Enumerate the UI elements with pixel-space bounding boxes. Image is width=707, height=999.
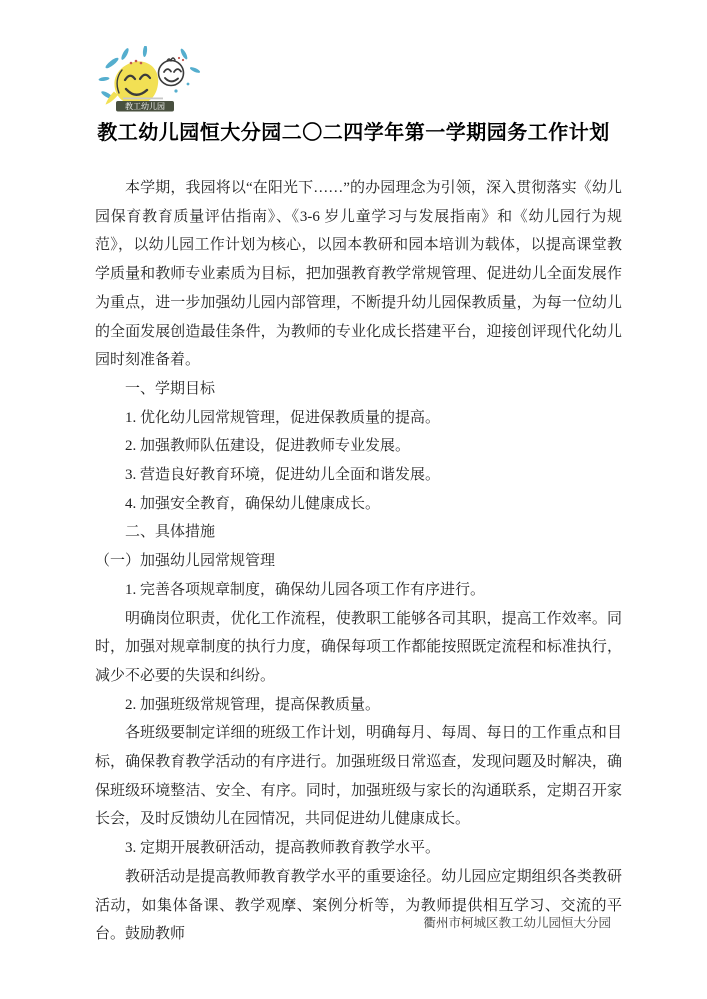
kindergarten-logo: 教工幼儿园 <box>98 46 203 114</box>
goal-item-3: 3. 营造良好教育环境，促进幼儿全面和谐发展。 <box>95 461 622 490</box>
paragraph-intro: 本学期，我园将以“在阳光下……”的办园理念为引领，深入贯彻落实《幼儿园保育教育质… <box>95 174 622 375</box>
measure-detail-3: 教研活动是提高教师教育教学水平的重要途径。幼儿园应定期组织各类教研活动，如集体备… <box>95 863 622 949</box>
goal-item-2: 2. 加强教师队伍建设，促进教师专业发展。 <box>95 432 622 461</box>
goal-item-4: 4. 加强安全教育，确保幼儿健康成长。 <box>95 490 622 519</box>
subheading-routine-management: （一）加强幼儿园常规管理 <box>95 547 622 576</box>
footer-text: 衢州市柯城区教工幼儿园恒大分园 <box>423 913 611 931</box>
logo-small-face-icon <box>159 57 185 86</box>
heading-semester-goals: 一、学期目标 <box>95 375 622 404</box>
measure-detail-1: 明确岗位职责，优化工作流程，使教职工能够各司其职，提高工作效率。同时，加强对规章… <box>95 605 622 691</box>
document-page: 教工幼儿园 教工幼儿园恒大分园二〇二四学年第一学期园务工作计划 本学期，我园将以… <box>0 0 707 999</box>
page-title: 教工幼儿园恒大分园二〇二四学年第一学期园务工作计划 <box>40 116 667 145</box>
measure-item-3: 3. 定期开展教研活动，提高教师教育教学水平。 <box>95 834 622 863</box>
measure-item-2: 2. 加强班级常规管理，提高保教质量。 <box>95 691 622 720</box>
logo-graphic: 教工幼儿园 <box>98 46 203 114</box>
logo-banner-text: 教工幼儿园 <box>125 101 165 111</box>
measure-item-1: 1. 完善各项规章制度，确保幼儿园各项工作有序进行。 <box>95 576 622 605</box>
document-body: 本学期，我园将以“在阳光下……”的办园理念为引领，深入贯彻落实《幼儿园保育教育质… <box>95 174 622 949</box>
heading-specific-measures: 二、具体措施 <box>95 518 622 547</box>
goal-item-1: 1. 优化幼儿园常规管理，促进保教质量的提高。 <box>95 404 622 433</box>
measure-detail-2: 各班级要制定详细的班级工作计划，明确每月、每周、每日的工作重点和目标，确保教育教… <box>95 719 622 834</box>
logo-small-text <box>123 98 163 100</box>
